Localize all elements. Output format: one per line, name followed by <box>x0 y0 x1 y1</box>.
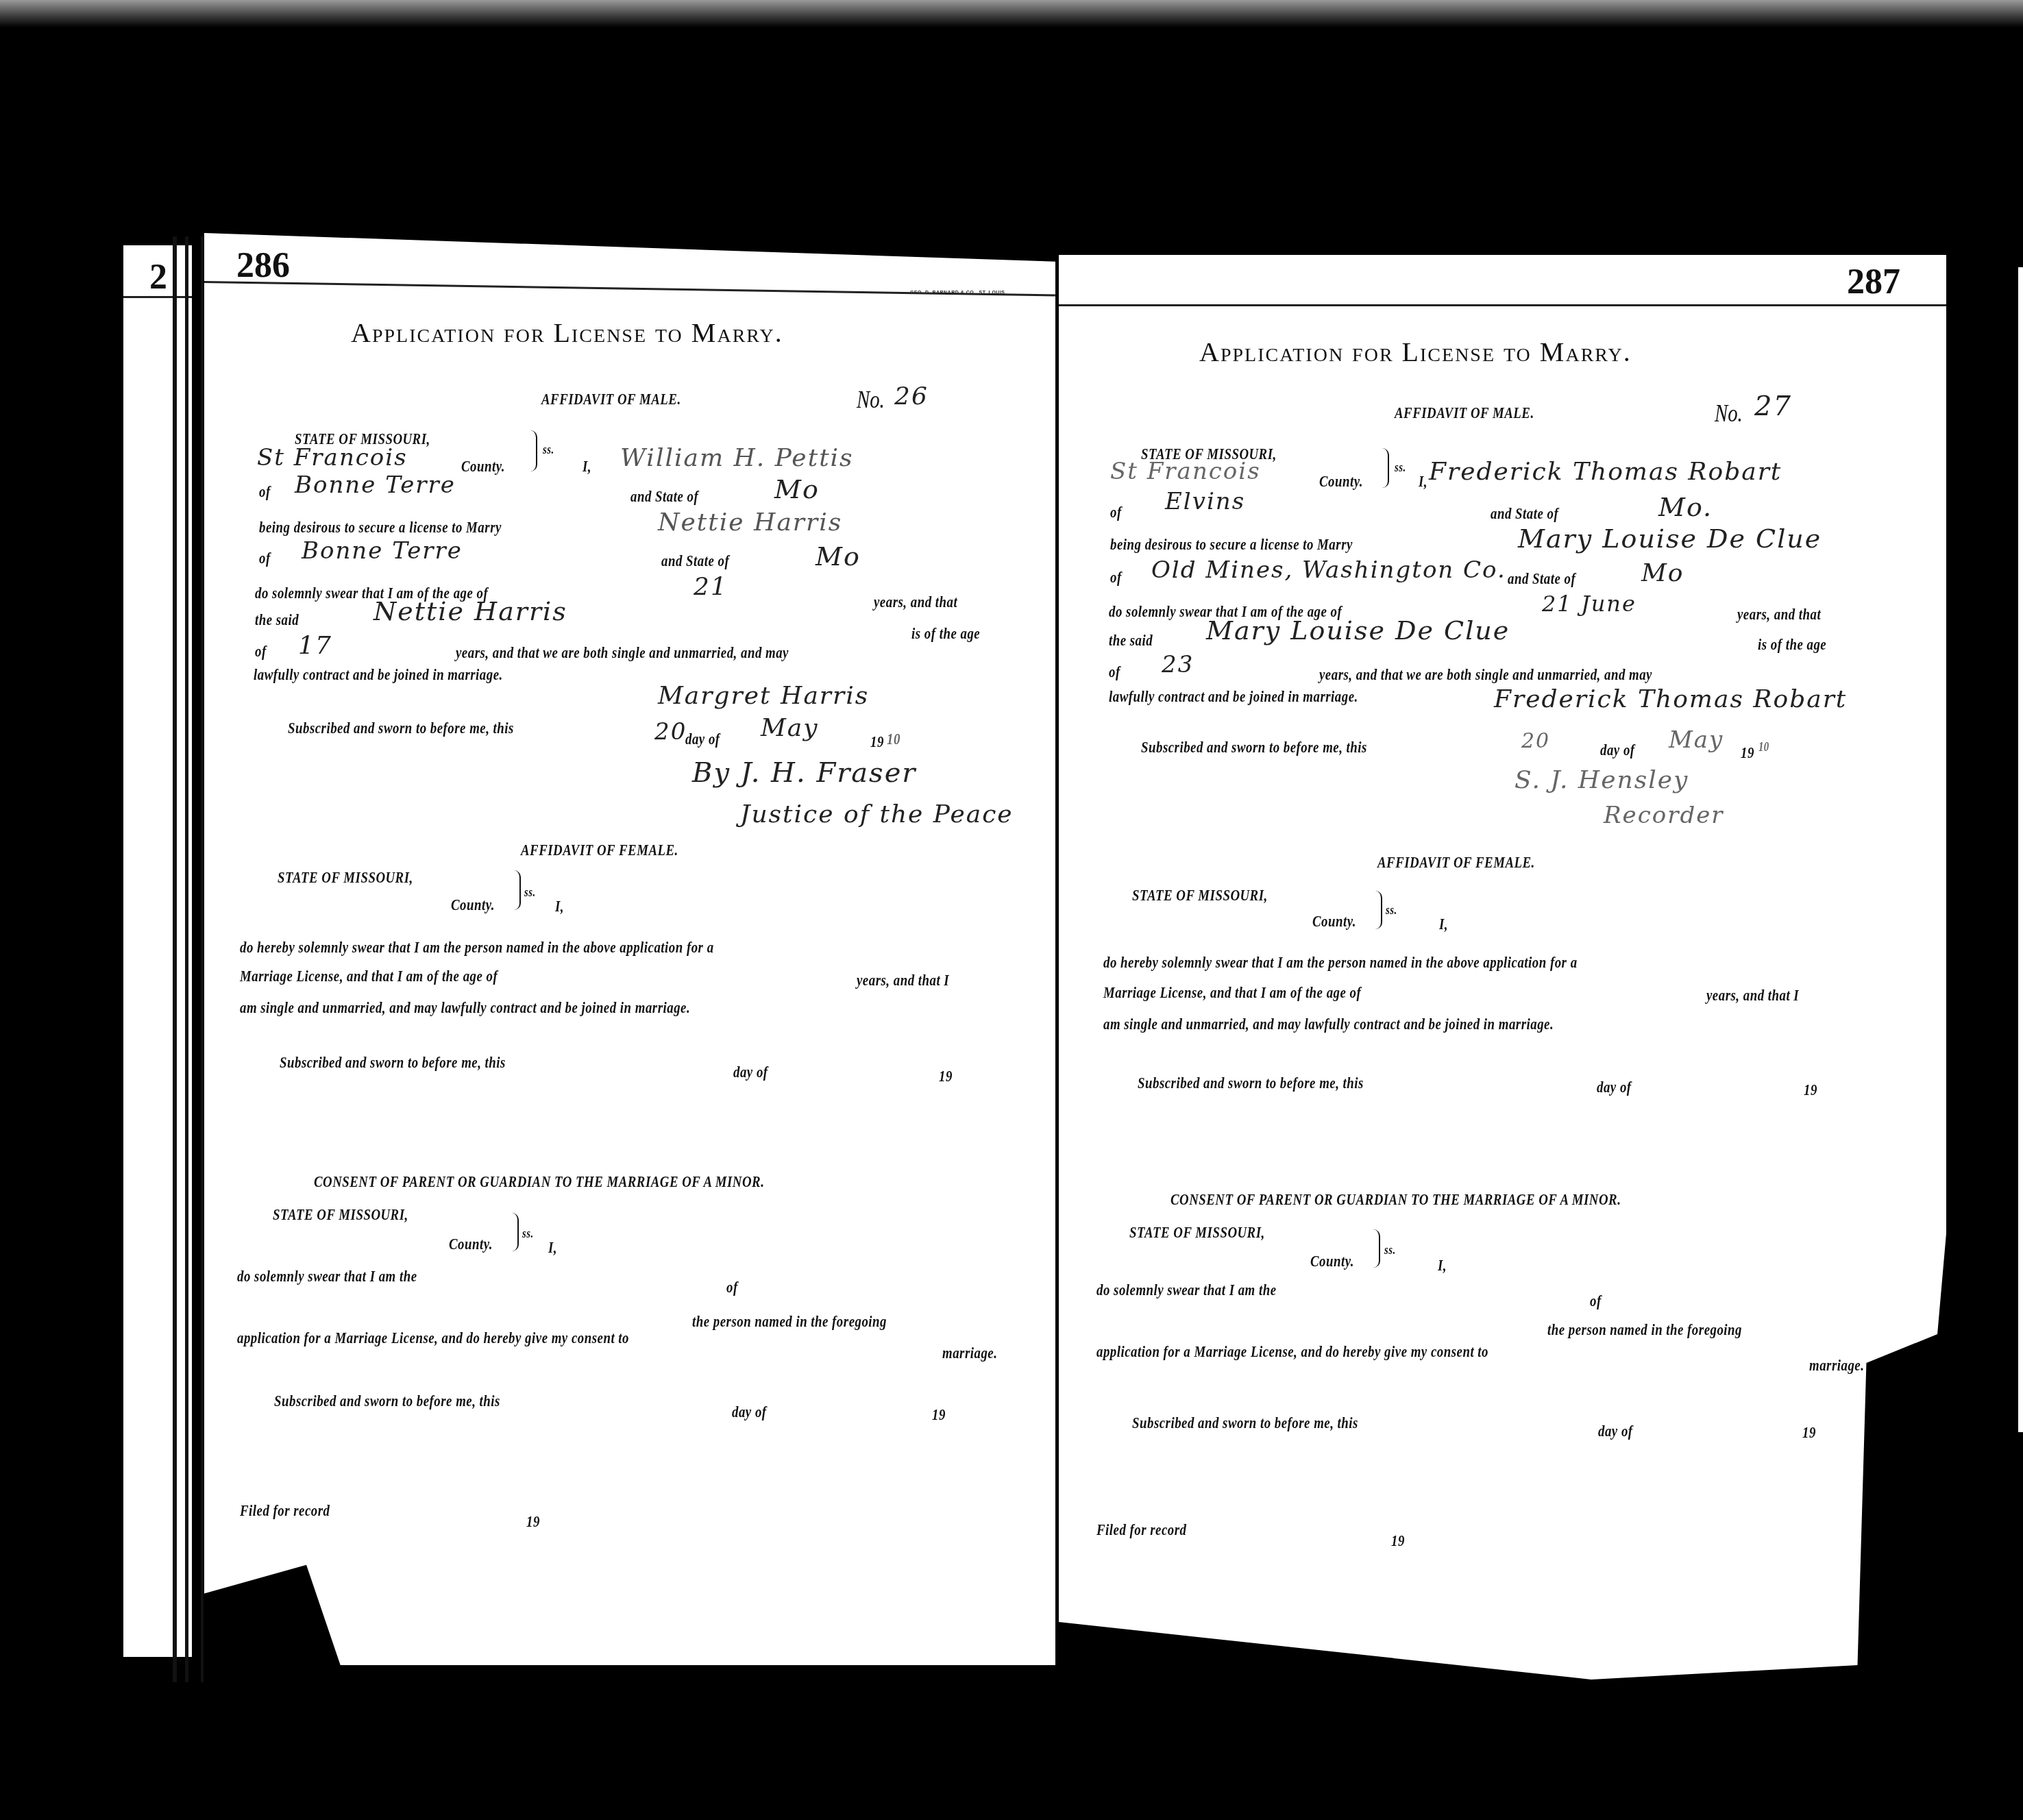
left-month-value: May <box>761 714 819 742</box>
right-consent-day-of: day of <box>1598 1423 1633 1440</box>
left-consent-heading: CONSENT OF PARENT OR GUARDIAN TO THE MAR… <box>314 1173 764 1191</box>
left-ss-brace <box>529 430 537 471</box>
right-page-number: 287 <box>1847 262 1900 302</box>
left-female-county-label: County. <box>451 896 495 914</box>
left-no-label: No. <box>857 385 885 414</box>
left-female-line2b: years, and that I <box>857 972 949 989</box>
right-lawfully-text: lawfully contract and be joined in marri… <box>1109 688 1358 706</box>
right-consent-subscribed: Subscribed and sworn to before me, this <box>1132 1414 1358 1432</box>
left-consent-subscribed: Subscribed and sworn to before me, this <box>274 1392 500 1410</box>
right-year-prefix: 19 <box>1741 744 1754 762</box>
left-female-day-of: day of <box>733 1063 768 1081</box>
right-consent-year: 19 <box>1802 1424 1816 1442</box>
right-and-state-of-2: and State of <box>1508 570 1576 588</box>
left-lawfully-text: lawfully contract and be joined in marri… <box>254 666 503 684</box>
left-page-number: 286 <box>236 245 290 286</box>
next-page-edge <box>2018 267 2023 1432</box>
left-female-line1: do hereby solemnly swear that I am the p… <box>240 939 714 957</box>
right-applicant-signature: Frederick Thomas Robart <box>1494 685 1847 713</box>
page-stack-edge <box>173 236 177 1682</box>
left-applicant-state: Mo <box>774 474 820 504</box>
left-consent-signature: Margret Harris <box>658 682 869 710</box>
left-county-label: County. <box>461 458 505 476</box>
left-and-state-of-2: and State of <box>661 552 729 570</box>
right-i-label: I, <box>1419 473 1427 491</box>
right-female-heading: AFFIDAVIT OF FEMALE. <box>1377 854 1535 872</box>
left-consent-line3a: application for a Marriage License, and … <box>237 1329 629 1347</box>
right-consent-line1b: of <box>1590 1292 1602 1310</box>
right-female-state-label: STATE OF MISSOURI, <box>1132 887 1268 905</box>
left-male-heading: AFFIDAVIT OF MALE. <box>541 391 681 408</box>
left-applicant-name: William H. Pettis <box>620 444 854 472</box>
left-applicant-town: Bonne Terre <box>295 471 456 499</box>
left-years-and-that: years, and that <box>874 593 957 611</box>
left-female-i: I, <box>555 898 564 915</box>
left-female-subscribed: Subscribed and sworn to before me, this <box>280 1054 506 1072</box>
right-female-ss: ss. <box>1386 903 1397 918</box>
left-and-state-of: and State of <box>630 488 698 506</box>
left-consent-day-of: day of <box>732 1403 767 1421</box>
left-filed-label: Filed for record <box>240 1502 330 1520</box>
left-bride-age: 17 <box>298 632 332 660</box>
left-consent-ss: ss. <box>522 1227 534 1241</box>
right-bride-age: 23 <box>1162 651 1194 678</box>
right-applicant-state: Mo. <box>1658 492 1713 522</box>
left-official-signature: By J. H. Fraser <box>692 757 916 789</box>
left-consent-state-label: STATE OF MISSOURI, <box>273 1206 408 1224</box>
left-ss-label: ss. <box>543 443 554 457</box>
left-female-heading: AFFIDAVIT OF FEMALE. <box>521 841 678 859</box>
right-female-line2b: years, and that I <box>1706 987 1799 1005</box>
right-both-single: years, and that we are both single and u… <box>1319 666 1652 684</box>
right-female-day-of: day of <box>1597 1079 1632 1096</box>
left-i-label: I, <box>583 458 591 476</box>
right-filed-label: Filed for record <box>1096 1521 1186 1539</box>
left-female-line3: am single and unmarried, and may lawfull… <box>240 999 690 1017</box>
left-page-title: Application for License to Marry. <box>351 317 783 349</box>
left-of-label-2: of <box>259 550 271 567</box>
right-consent-line1a: do solemnly swear that I am the <box>1096 1281 1277 1299</box>
right-no-label: No. <box>1715 399 1743 428</box>
page-stack-edge <box>185 236 188 1682</box>
left-female-ss: ss. <box>524 885 536 900</box>
right-consent-line3b: marriage. <box>1809 1357 1864 1375</box>
right-consent-line3a: application for a Marriage License, and … <box>1096 1343 1488 1361</box>
left-female-line2a: Marriage License, and that I am of the a… <box>240 968 498 985</box>
right-of-label-2: of <box>1110 569 1122 587</box>
right-applicant-town: Elvins <box>1165 488 1245 515</box>
right-applicant-age: 21 June <box>1542 591 1636 617</box>
right-and-state-of: and State of <box>1491 505 1558 523</box>
previous-page-rule <box>123 296 192 298</box>
right-is-of-the-age: is of the age <box>1758 636 1826 654</box>
left-consent-year: 19 <box>932 1406 946 1424</box>
right-female-year: 19 <box>1804 1081 1817 1099</box>
right-consent-state-label: STATE OF MISSOURI, <box>1129 1224 1265 1242</box>
left-both-single: years, and that we are both single and u… <box>456 644 789 662</box>
left-female-state-label: STATE OF MISSOURI, <box>278 869 413 887</box>
right-application-number: 27 <box>1754 391 1792 422</box>
right-female-line3: am single and unmarried, and may lawfull… <box>1103 1016 1554 1033</box>
left-bride-name-2: Nettie Harris <box>373 596 567 626</box>
printer-imprint: GEO. D. BARNARD & CO., ST. LOUIS <box>910 291 1005 295</box>
right-bride-name-2: Mary Louise De Clue <box>1206 615 1510 645</box>
left-day-value: 20 <box>654 718 687 746</box>
left-of-label: of <box>259 483 271 501</box>
left-consent-ss-brace <box>511 1213 519 1251</box>
right-consent-county-label: County. <box>1310 1253 1354 1270</box>
right-filed-year: 19 <box>1391 1532 1405 1550</box>
right-female-ss-brace <box>1374 891 1382 929</box>
right-female-line2a: Marriage License, and that I am of the a… <box>1103 984 1361 1002</box>
right-of-label: of <box>1110 504 1122 521</box>
right-desirous-text: being desirous to secure a license to Ma… <box>1110 536 1353 554</box>
left-consent-i: I, <box>548 1239 557 1257</box>
left-official-title: Justice of the Peace <box>740 800 1014 828</box>
right-bride-name: Mary Louise De Clue <box>1518 524 1822 554</box>
left-bride-state: Mo <box>816 541 861 571</box>
right-applicant-name: Frederick Thomas Robart <box>1429 458 1782 486</box>
right-female-subscribed: Subscribed and sworn to before me, this <box>1138 1074 1364 1092</box>
left-day-of: day of <box>685 730 720 748</box>
left-consent-line3b: marriage. <box>942 1344 997 1362</box>
right-county-value: St Francois <box>1110 458 1261 485</box>
left-filed-year: 19 <box>526 1513 540 1531</box>
left-is-of-the-age: is of the age <box>911 625 980 643</box>
left-consent-line1a: do solemnly swear that I am the <box>237 1268 417 1286</box>
left-year-prefix: 19 <box>870 733 884 751</box>
left-consent-line2: the person named in the foregoing <box>692 1313 887 1331</box>
right-male-heading: AFFIDAVIT OF MALE. <box>1395 404 1534 422</box>
right-day-of: day of <box>1600 741 1635 759</box>
left-female-ss-brace <box>513 870 521 910</box>
right-year-value: 10 <box>1758 740 1769 754</box>
left-of-label-3: of <box>255 643 267 661</box>
previous-page-number: 2 <box>149 257 167 297</box>
left-applicant-age: 21 <box>694 573 728 601</box>
right-consent-i: I, <box>1438 1257 1447 1275</box>
page-stack-edge <box>201 236 204 1682</box>
right-bride-state: Mo <box>1641 559 1684 587</box>
right-years-and-that: years, and that <box>1737 606 1821 624</box>
right-subscribed-text: Subscribed and sworn to before me, this <box>1141 739 1367 757</box>
right-female-county-label: County. <box>1312 913 1356 931</box>
right-day-value: 20 <box>1521 729 1550 753</box>
left-consent-line1b: of <box>726 1279 738 1296</box>
right-consent-line2: the person named in the foregoing <box>1547 1321 1742 1339</box>
scan-noise-band <box>0 0 2023 27</box>
right-consent-ss: ss. <box>1384 1243 1396 1257</box>
right-official-signature: S. J. Hensley <box>1515 766 1689 794</box>
left-female-year: 19 <box>939 1068 953 1085</box>
left-year-value: 10 <box>887 730 900 748</box>
right-header-rule <box>1059 304 1946 306</box>
right-female-line1: do hereby solemnly swear that I am the p… <box>1103 954 1578 972</box>
right-county-label: County. <box>1319 473 1363 491</box>
previous-page-edge <box>123 245 192 1657</box>
left-consent-county-label: County. <box>449 1235 493 1253</box>
left-application-number: 26 <box>894 382 929 410</box>
right-the-said: the said <box>1109 632 1153 650</box>
right-month-value: May <box>1669 726 1724 754</box>
left-bride-name: Nettie Harris <box>658 508 842 537</box>
right-official-title: Recorder <box>1604 802 1724 829</box>
right-consent-ss-brace <box>1372 1229 1380 1268</box>
right-ss-label: ss. <box>1395 460 1406 475</box>
left-subscribed-text: Subscribed and sworn to before me, this <box>288 720 514 737</box>
right-page-title: Application for License to Marry. <box>1199 336 1632 368</box>
left-county-value: St Francois <box>257 444 408 471</box>
right-of-label-3: of <box>1109 663 1120 681</box>
right-consent-heading: CONSENT OF PARENT OR GUARDIAN TO THE MAR… <box>1170 1191 1621 1209</box>
right-ss-brace <box>1381 448 1389 488</box>
left-the-said: the said <box>255 611 299 629</box>
left-bride-town: Bonne Terre <box>302 537 463 565</box>
right-female-i: I, <box>1439 915 1448 933</box>
right-bride-town: Old Mines, Washington Co. <box>1151 556 1506 584</box>
left-desirous-text: being desirous to secure a license to Ma… <box>259 519 502 537</box>
